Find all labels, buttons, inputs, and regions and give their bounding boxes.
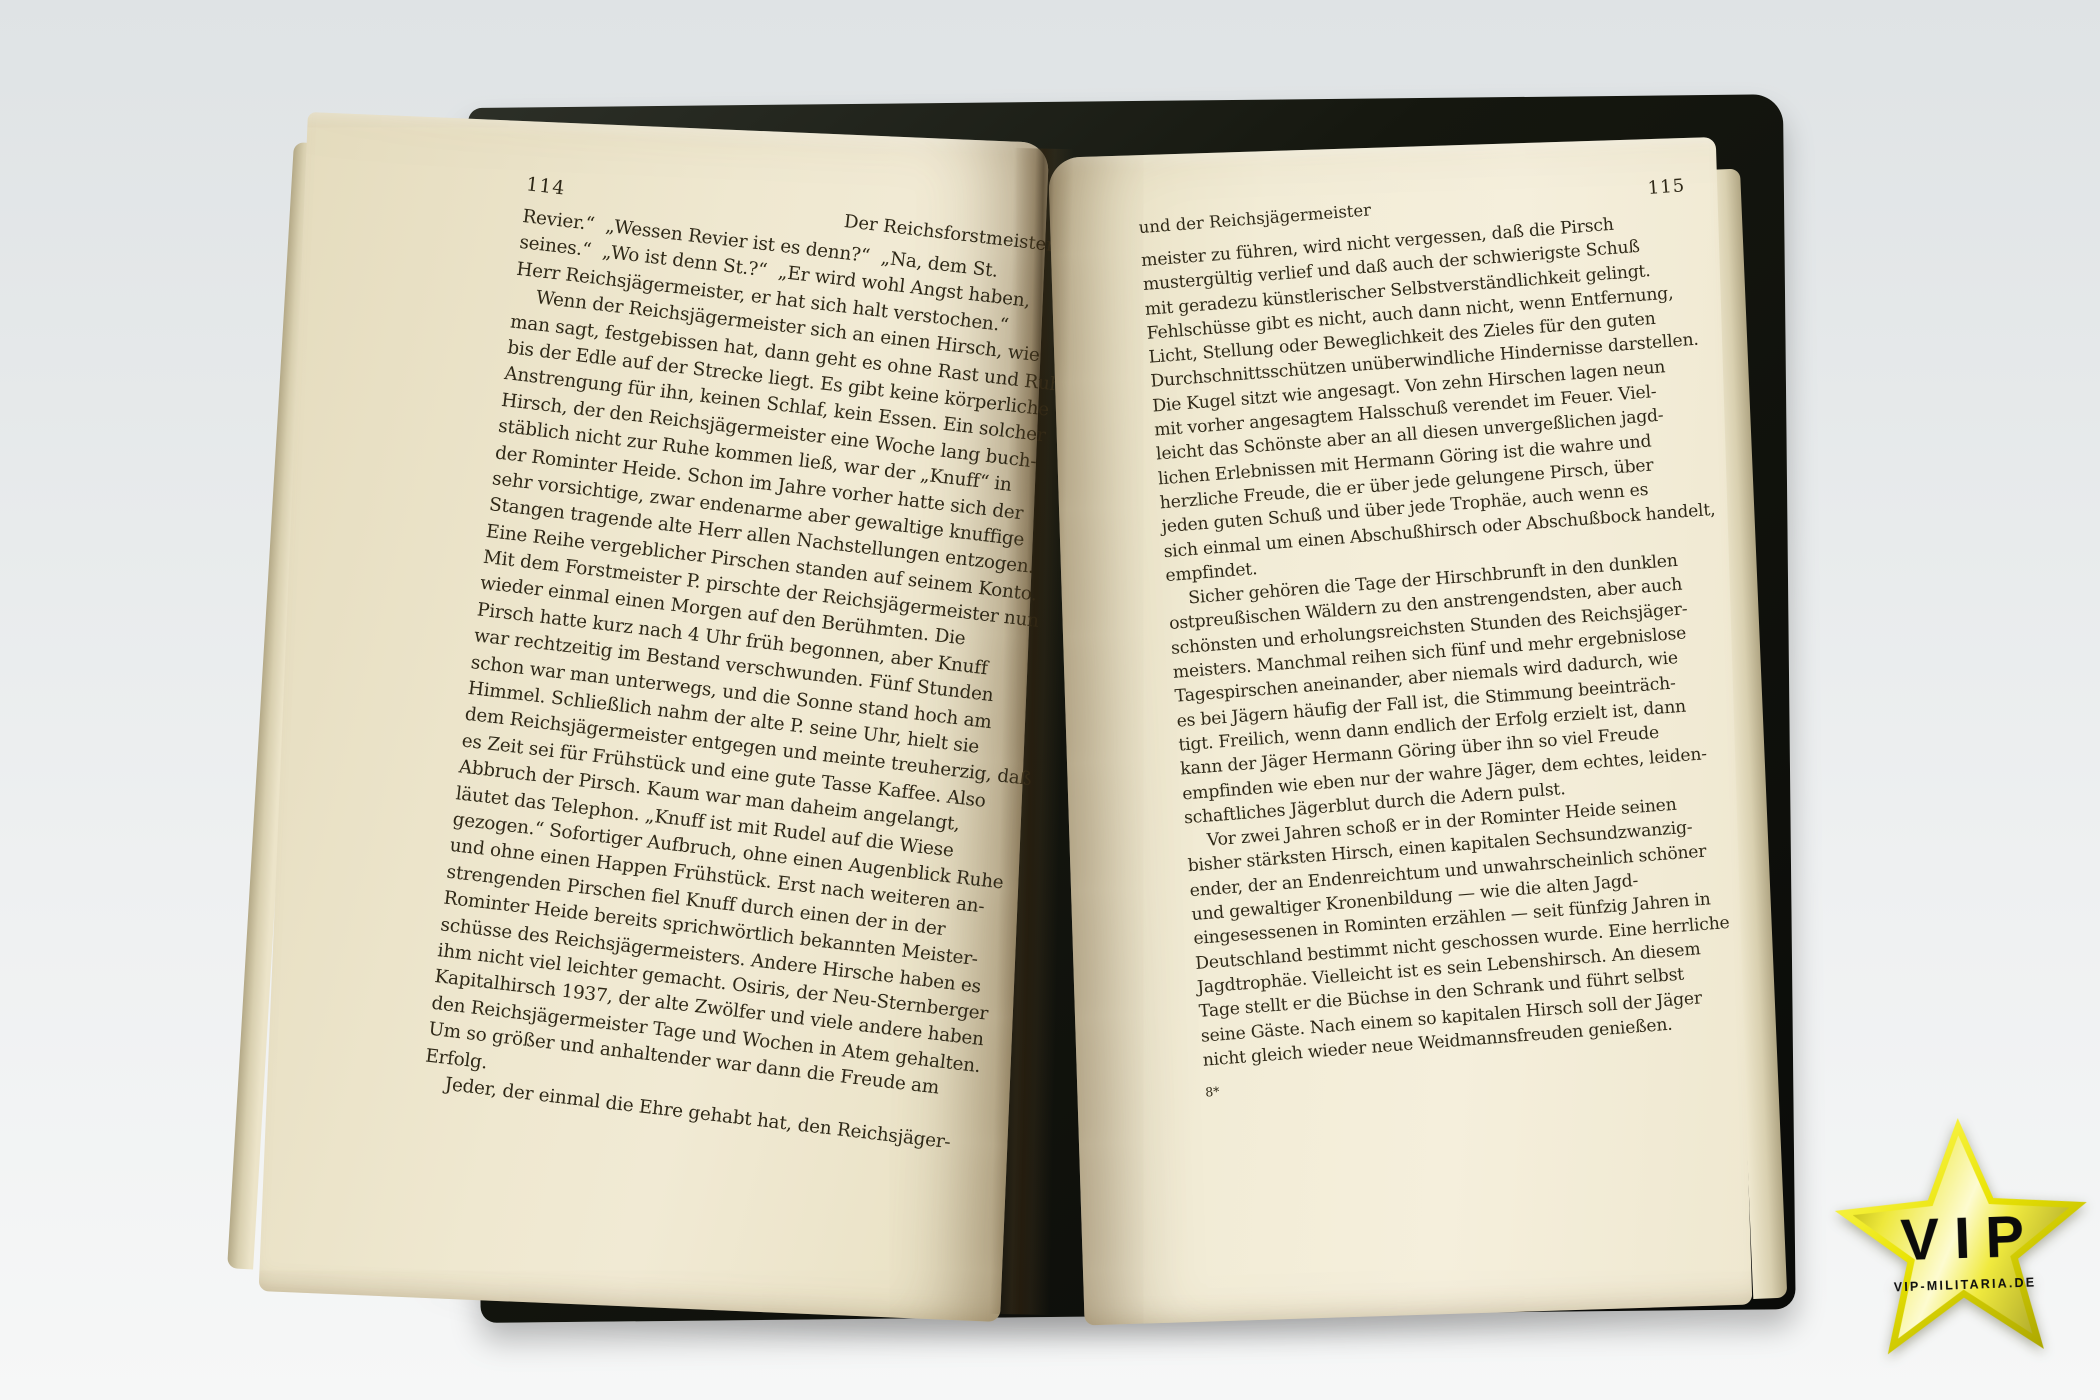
- book-page-left: 114 Der Reichsforstmeister Revier.“ „Wes…: [259, 112, 1050, 1322]
- right-page-text: und der Reichsjägermeister 115 meister z…: [1138, 175, 1752, 1100]
- left-page-text: 114 Der Reichsforstmeister Revier.“ „Wes…: [421, 173, 1056, 1156]
- right-page-number: 115: [1647, 175, 1686, 199]
- vip-watermark: VIP VIP-MILITARIA.DE: [1832, 1114, 2092, 1369]
- left-page-lines: Revier.“ „Wessen Revier ist es denn?“ „N…: [421, 204, 1053, 1156]
- photo-background: 114 Der Reichsforstmeister Revier.“ „Wes…: [0, 0, 2100, 1400]
- right-running-header: und der Reichsjägermeister: [1138, 200, 1372, 237]
- book-page-right: und der Reichsjägermeister 115 meister z…: [1048, 137, 1752, 1325]
- vip-label: VIP: [1835, 1201, 2089, 1277]
- right-page-lines: meister zu führen, wird nicht vergessen,…: [1140, 207, 1750, 1073]
- left-page-number: 114: [525, 173, 567, 199]
